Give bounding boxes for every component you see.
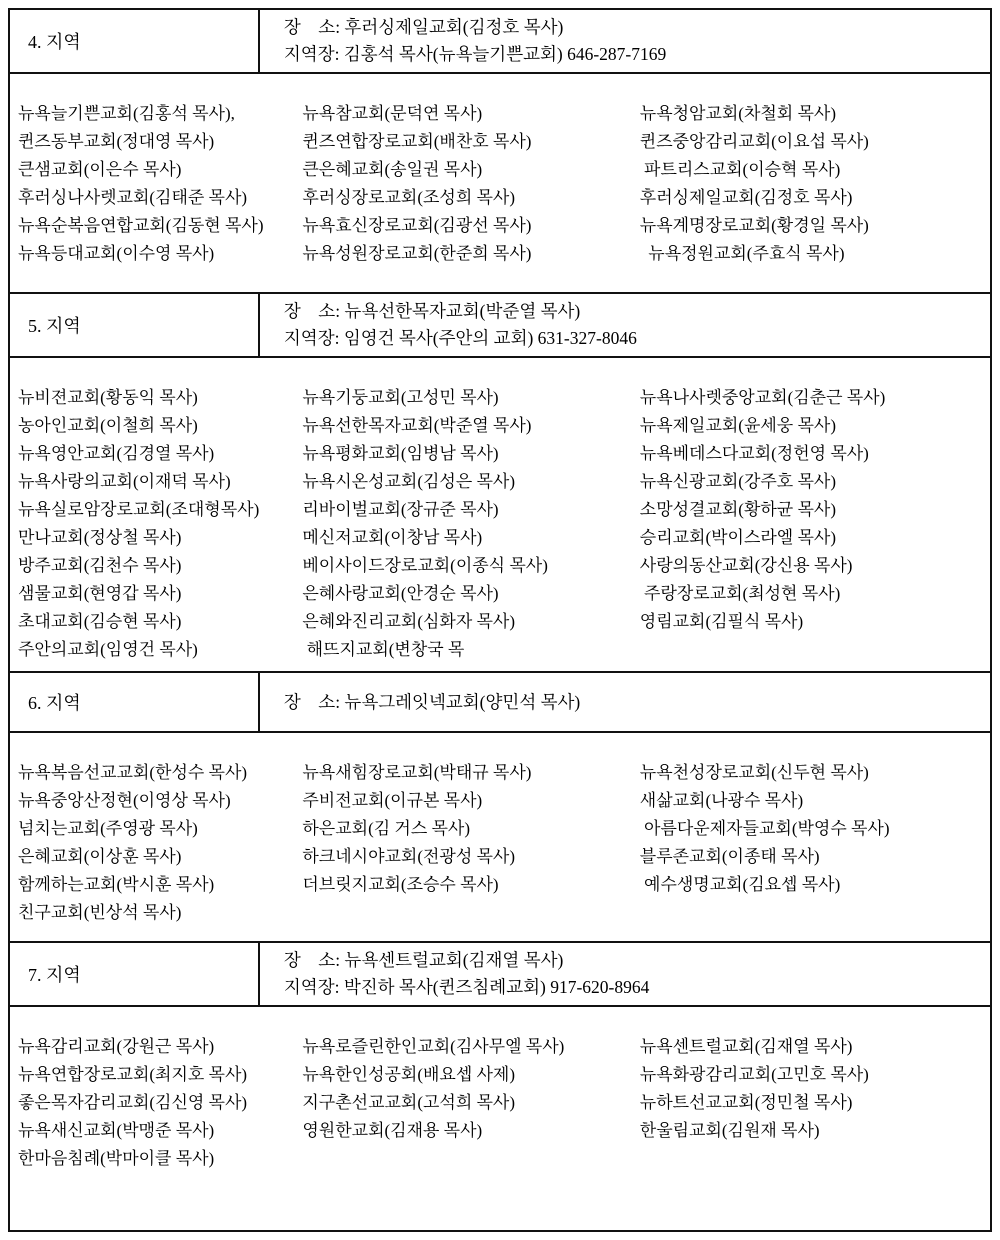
church-entry: 뉴욕한인성공회(배요셉 사제) <box>302 1061 639 1089</box>
church-entry: 뉴욕참교회(문덕연 목사) <box>302 100 639 128</box>
region-leader: 지역장: 임영건 목사(주안의 교회) 631-327-8046 <box>284 325 980 352</box>
church-entry: 뉴욕센트럴교회(김재열 목사) <box>640 1033 982 1061</box>
church-entry: 사랑의동산교회(강신용 목사) <box>640 552 982 580</box>
region-label: 7. 지역 <box>10 943 260 1005</box>
church-entry: 함께하는교회(박시훈 목사) <box>18 871 302 899</box>
church-entry: 영림교회(김필식 목사) <box>640 608 982 636</box>
region-leader: 지역장: 박진하 목사(퀸즈침례교회) 917-620-8964 <box>284 974 980 1001</box>
church-entry: 뉴욕효신장로교회(김광선 목사) <box>302 212 639 240</box>
church-entry: 퀸즈동부교회(정대영 목사) <box>18 128 302 156</box>
church-entry: 해뜨지교회(변창국 목 <box>302 636 639 664</box>
church-entry: 뉴욕천성장로교회(신두현 목사) <box>640 759 982 787</box>
church-entry: 은혜교회(이상훈 목사) <box>18 843 302 871</box>
church-entry: 후러싱장로교회(조성희 목사) <box>302 184 639 212</box>
church-entry: 은혜사랑교회(안경순 목사) <box>302 580 639 608</box>
church-entry <box>640 1145 982 1173</box>
church-entry: 뉴욕로즐린한인교회(김사무엘 목사) <box>302 1033 639 1061</box>
church-list: 뉴욕복음선교교회(한성수 목사)뉴욕새힘장로교회(박태규 목사)뉴욕천성장로교회… <box>10 733 990 941</box>
region-section-4: 4. 지역 장 소: 후러싱제일교회(김정호 목사) 지역장: 김홍석 목사(뉴… <box>10 10 990 292</box>
church-entry: 뉴욕새힘장로교회(박태규 목사) <box>302 759 639 787</box>
church-entry: 퀸즈중앙감리교회(이요섭 목사) <box>640 128 982 156</box>
church-entry: 넘치는교회(주영광 목사) <box>18 815 302 843</box>
church-entry: 뉴욕실로암장로교회(조대형목사) <box>18 496 302 524</box>
church-entry: 지구촌선교교회(고석희 목사) <box>302 1089 639 1117</box>
church-entry: 파트리스교회(이승혁 목사) <box>640 156 982 184</box>
church-entry <box>302 1145 639 1173</box>
church-entry: 더브릿지교회(조승수 목사) <box>302 871 639 899</box>
region-location: 장 소: 후러싱제일교회(김정호 목사) <box>284 14 980 41</box>
church-entry: 뉴욕시온성교회(김성은 목사) <box>302 468 639 496</box>
church-entry: 큰은혜교회(송일권 목사) <box>302 156 639 184</box>
church-entry: 좋은목자감리교회(김신영 목사) <box>18 1089 302 1117</box>
region-label: 4. 지역 <box>10 10 260 72</box>
church-entry: 승리교회(박이스라엘 목사) <box>640 524 982 552</box>
document-page: 4. 지역 장 소: 후러싱제일교회(김정호 목사) 지역장: 김홍석 목사(뉴… <box>0 0 1000 1240</box>
church-entry: 뉴욕제일교회(윤세웅 목사) <box>640 412 982 440</box>
church-list: 뉴비젼교회(황동익 목사)뉴욕기둥교회(고성민 목사)뉴욕나사렛중앙교회(김춘근… <box>10 358 990 671</box>
church-entry: 한울림교회(김원재 목사) <box>640 1117 982 1145</box>
church-entry: 뉴욕등대교회(이수영 목사) <box>18 240 302 268</box>
church-entry <box>302 899 639 927</box>
church-entry: 뉴욕베데스다교회(정헌영 목사) <box>640 440 982 468</box>
region-header-row: 6. 지역 장 소: 뉴욕그레잇넥교회(양민석 목사) <box>10 671 990 733</box>
church-entry: 뉴욕청암교회(차철회 목사) <box>640 100 982 128</box>
church-entry: 농아인교회(이철희 목사) <box>18 412 302 440</box>
church-entry: 뉴하트선교교회(정민철 목사) <box>640 1089 982 1117</box>
church-entry: 메신저교회(이창남 목사) <box>302 524 639 552</box>
church-entry: 뉴욕신광교회(강주호 목사) <box>640 468 982 496</box>
region-header-row: 5. 지역 장 소: 뉴욕선한목자교회(박준열 목사) 지역장: 임영건 목사(… <box>10 292 990 358</box>
church-entry: 한마음침례(박마이클 목사) <box>18 1145 302 1173</box>
church-entry: 뉴욕평화교회(임병남 목사) <box>302 440 639 468</box>
church-entry: 뉴욕화광감리교회(고민호 목사) <box>640 1061 982 1089</box>
region-directory-table: 4. 지역 장 소: 후러싱제일교회(김정호 목사) 지역장: 김홍석 목사(뉴… <box>8 8 992 1232</box>
region-header-info: 장 소: 뉴욕그레잇넥교회(양민석 목사) <box>260 673 990 731</box>
region-section-7: 7. 지역 장 소: 뉴욕센트럴교회(김재열 목사) 지역장: 박진하 목사(퀸… <box>10 941 990 1229</box>
region-header-info: 장 소: 뉴욕센트럴교회(김재열 목사) 지역장: 박진하 목사(퀸즈침례교회)… <box>260 943 990 1005</box>
region-header-row: 7. 지역 장 소: 뉴욕센트럴교회(김재열 목사) 지역장: 박진하 목사(퀸… <box>10 941 990 1007</box>
church-entry: 뉴욕사랑의교회(이재덕 목사) <box>18 468 302 496</box>
church-entry: 소망성결교회(황하균 목사) <box>640 496 982 524</box>
church-entry: 아름다운제자들교회(박영수 목사) <box>640 815 982 843</box>
church-entry: 뉴욕순복음연합교회(김동현 목사) <box>18 212 302 240</box>
church-entry: 방주교회(김천수 목사) <box>18 552 302 580</box>
church-entry: 주랑장로교회(최성현 목사) <box>640 580 982 608</box>
church-entry: 영원한교회(김재용 목사) <box>302 1117 639 1145</box>
church-entry: 하크네시야교회(전광성 목사) <box>302 843 639 871</box>
church-entry: 뉴비젼교회(황동익 목사) <box>18 384 302 412</box>
church-entry: 초대교회(김승현 목사) <box>18 608 302 636</box>
church-entry: 뉴욕새신교회(박맹준 목사) <box>18 1117 302 1145</box>
church-list: 뉴욕감리교회(강원근 목사)뉴욕로즐린한인교회(김사무엘 목사)뉴욕센트럴교회(… <box>10 1007 990 1229</box>
church-entry: 예수생명교회(김요셉 목사) <box>640 871 982 899</box>
church-entry: 뉴욕성원장로교회(한준희 목사) <box>302 240 639 268</box>
church-entry: 주안의교회(임영건 목사) <box>18 636 302 664</box>
region-location: 장 소: 뉴욕선한목자교회(박준열 목사) <box>284 298 980 325</box>
church-entry: 퀸즈연합장로교회(배찬호 목사) <box>302 128 639 156</box>
church-entry: 뉴욕나사렛중앙교회(김춘근 목사) <box>640 384 982 412</box>
church-entry: 큰샘교회(이은수 목사) <box>18 156 302 184</box>
church-list: 뉴욕늘기쁜교회(김홍석 목사),뉴욕참교회(문덕연 목사)뉴욕청암교회(차철회 … <box>10 74 990 292</box>
church-entry: 베이사이드장로교회(이종식 목사) <box>302 552 639 580</box>
region-header-info: 장 소: 후러싱제일교회(김정호 목사) 지역장: 김홍석 목사(뉴욕늘기쁜교회… <box>260 10 990 72</box>
church-entry: 뉴욕중앙산정현(이영상 목사) <box>18 787 302 815</box>
church-entry <box>640 899 982 927</box>
church-entry: 리바이벌교회(장규준 목사) <box>302 496 639 524</box>
region-header-row: 4. 지역 장 소: 후러싱제일교회(김정호 목사) 지역장: 김홍석 목사(뉴… <box>10 10 990 74</box>
church-entry: 하은교회(김 거스 목사) <box>302 815 639 843</box>
region-header-info: 장 소: 뉴욕선한목자교회(박준열 목사) 지역장: 임영건 목사(주안의 교회… <box>260 294 990 356</box>
church-entry: 뉴욕계명장로교회(황경일 목사) <box>640 212 982 240</box>
church-entry: 뉴욕기둥교회(고성민 목사) <box>302 384 639 412</box>
region-location: 장 소: 뉴욕그레잇넥교회(양민석 목사) <box>284 689 980 716</box>
church-entry: 새삶교회(나광수 목사) <box>640 787 982 815</box>
church-entry: 은혜와진리교회(심화자 목사) <box>302 608 639 636</box>
church-entry: 뉴욕연합장로교회(최지호 목사) <box>18 1061 302 1089</box>
region-section-5: 5. 지역 장 소: 뉴욕선한목자교회(박준열 목사) 지역장: 임영건 목사(… <box>10 292 990 671</box>
region-section-6: 6. 지역 장 소: 뉴욕그레잇넥교회(양민석 목사) 뉴욕복음선교교회(한성수… <box>10 671 990 941</box>
church-entry: 후러싱제일교회(김정호 목사) <box>640 184 982 212</box>
church-entry: 뉴욕영안교회(김경열 목사) <box>18 440 302 468</box>
region-label: 6. 지역 <box>10 673 260 731</box>
church-entry: 주비전교회(이규본 목사) <box>302 787 639 815</box>
church-entry: 친구교회(빈상석 목사) <box>18 899 302 927</box>
church-entry: 뉴욕선한목자교회(박준열 목사) <box>302 412 639 440</box>
church-entry: 뉴욕감리교회(강원근 목사) <box>18 1033 302 1061</box>
church-entry: 블루존교회(이종태 목사) <box>640 843 982 871</box>
region-leader: 지역장: 김홍석 목사(뉴욕늘기쁜교회) 646-287-7169 <box>284 41 980 68</box>
church-entry <box>640 636 982 664</box>
church-entry: 뉴욕늘기쁜교회(김홍석 목사), <box>18 100 302 128</box>
church-entry: 만나교회(정상철 목사) <box>18 524 302 552</box>
region-location: 장 소: 뉴욕센트럴교회(김재열 목사) <box>284 947 980 974</box>
church-entry: 뉴욕정원교회(주효식 목사) <box>640 240 982 268</box>
church-entry: 뉴욕복음선교교회(한성수 목사) <box>18 759 302 787</box>
region-label: 5. 지역 <box>10 294 260 356</box>
church-entry: 샘물교회(현영갑 목사) <box>18 580 302 608</box>
church-entry: 후러싱나사렛교회(김태준 목사) <box>18 184 302 212</box>
